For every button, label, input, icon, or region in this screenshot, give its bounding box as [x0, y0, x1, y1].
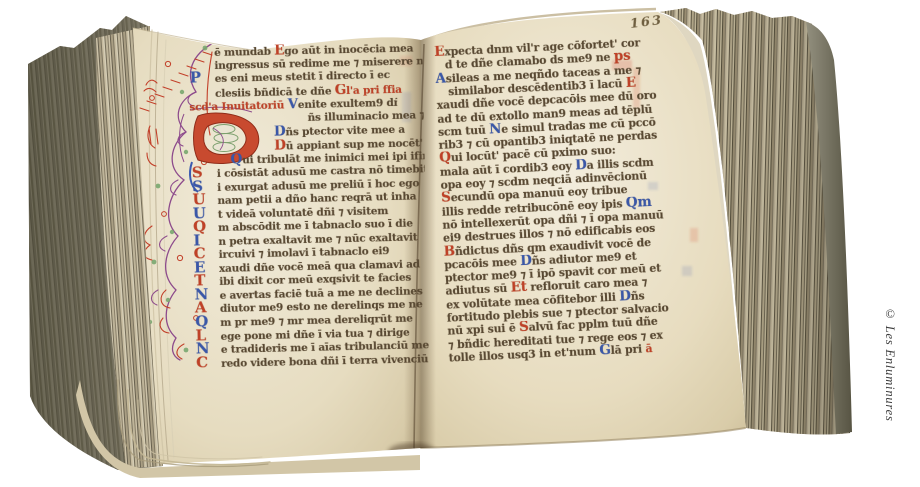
verse-initial: P	[190, 70, 214, 86]
right-page-text: Expecta dnm vil'r age cōfortet' cord te …	[434, 33, 722, 381]
manuscript-photo: 163 ē mundab Ego aūt in inocēcia meaingr…	[0, 0, 920, 487]
left-page-text: ē mundab Ego aūt in inocēcia meaingressu…	[214, 41, 462, 386]
photo-credit: © Les Enluminures	[882, 307, 897, 422]
verse-initial: C	[196, 355, 220, 371]
